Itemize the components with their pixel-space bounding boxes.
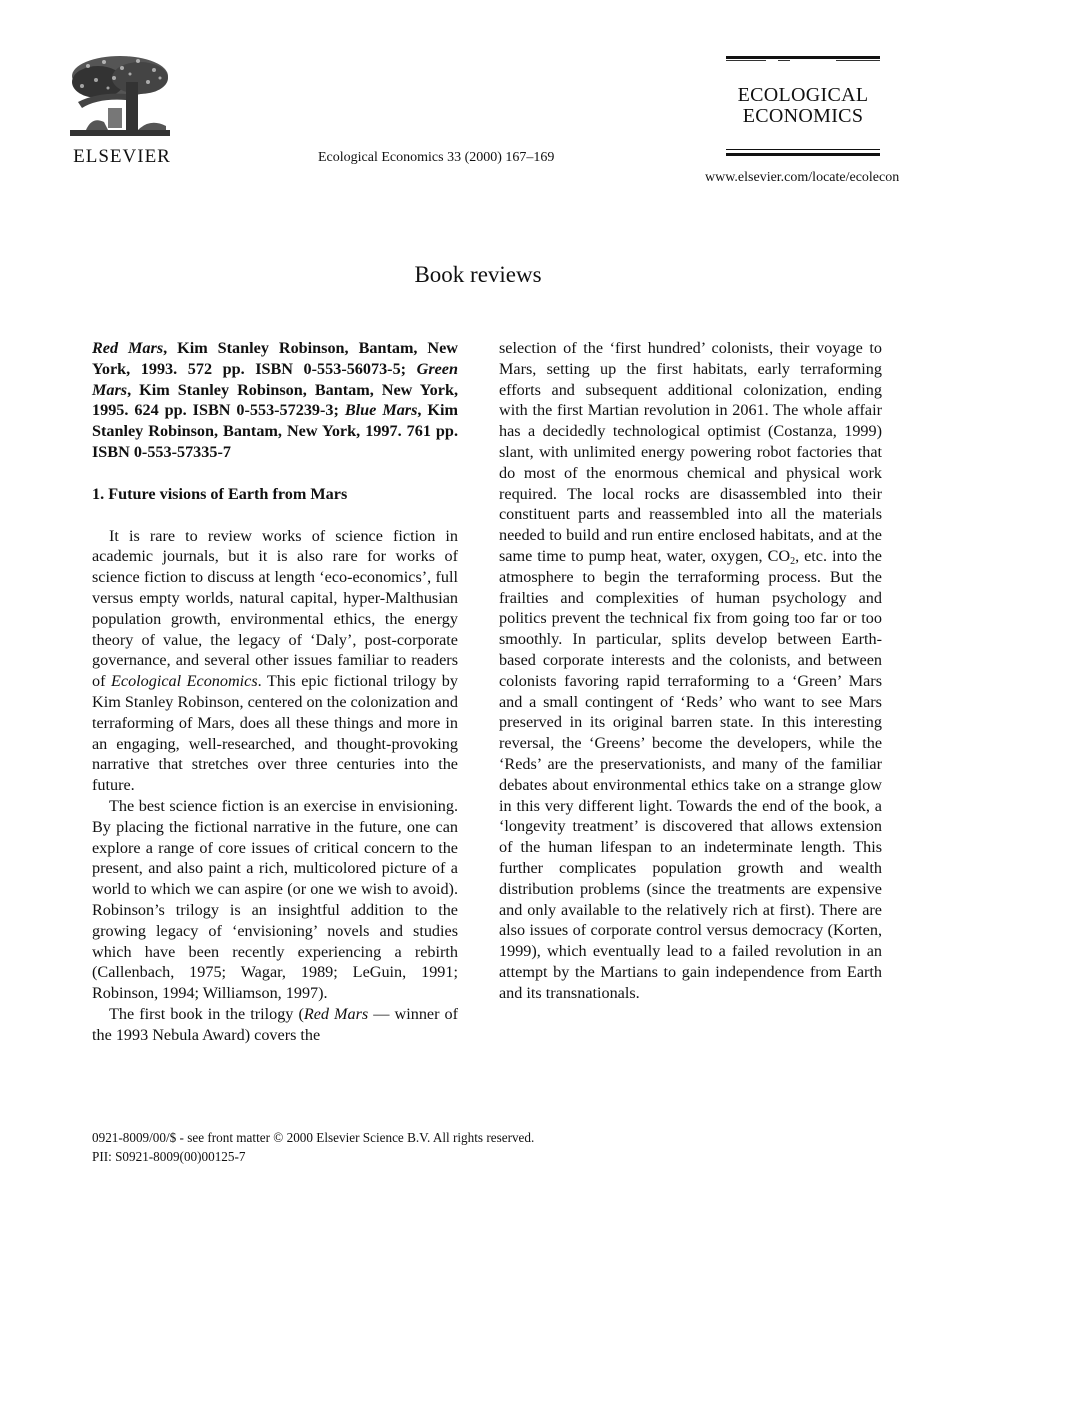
journal-masthead: ECOLOGICAL ECONOMICS <box>726 56 880 156</box>
journal-citation: Ecological Economics 33 (2000) 167–169 <box>318 150 554 166</box>
right-column: selection of the ‘first hundred’ colonis… <box>499 338 882 1004</box>
paragraph-1-text-a: It is rare to review works of science fi… <box>92 527 458 691</box>
masthead-rule-bottom <box>726 153 880 156</box>
masthead-rule-thin <box>726 149 880 150</box>
journal-name-italic: Ecological Economics <box>111 672 258 690</box>
section-title: Book reviews <box>0 262 956 288</box>
paragraph-1: It is rare to review works of science fi… <box>92 526 458 796</box>
page-footer: 0921-8009/00/$ - see front matter © 2000… <box>92 1128 534 1166</box>
journal-name: ECOLOGICAL ECONOMICS <box>726 85 880 127</box>
book-title-blue-mars: Blue Mars <box>345 401 418 419</box>
left-column: Red Mars, Kim Stanley Robinson, Bantam, … <box>92 338 458 1046</box>
paragraph-2: The best science fiction is an exercise … <box>92 796 458 1004</box>
book-title-italic: Red Mars <box>304 1005 368 1023</box>
paragraph-1-text-b: . This epic fictional trilogy by Kim Sta… <box>92 672 458 794</box>
masthead-rule-dotted <box>726 59 880 63</box>
elsevier-tree-icon <box>68 52 172 140</box>
journal-name-line2: ECONOMICS <box>726 106 880 127</box>
journal-url[interactable]: www.elsevier.com/locate/ecolecon <box>705 170 899 186</box>
pii-line: PII: S0921-8009(00)00125-7 <box>92 1147 534 1166</box>
bibliographic-reference: Red Mars, Kim Stanley Robinson, Bantam, … <box>92 338 458 463</box>
section-heading: 1. Future visions of Earth from Mars <box>92 484 458 505</box>
journal-name-line1: ECOLOGICAL <box>726 85 880 106</box>
paragraph-3-continued: selection of the ‘first hundred’ colonis… <box>499 338 882 1004</box>
publisher-logo: ELSEVIER <box>62 52 182 167</box>
paragraph-3-cont-text-b: , etc. into the atmosphere to begin the … <box>499 547 882 1002</box>
copyright-line: 0921-8009/00/$ - see front matter © 2000… <box>92 1128 534 1147</box>
publisher-name: ELSEVIER <box>62 147 182 167</box>
paragraph-3-cont-text-a: selection of the ‘first hundred’ colonis… <box>499 339 882 565</box>
book-title-red-mars: Red Mars <box>92 339 163 357</box>
paragraph-3: The first book in the trilogy (Red Mars … <box>92 1004 458 1046</box>
paragraph-3-text-a: The first book in the trilogy ( <box>109 1005 304 1023</box>
